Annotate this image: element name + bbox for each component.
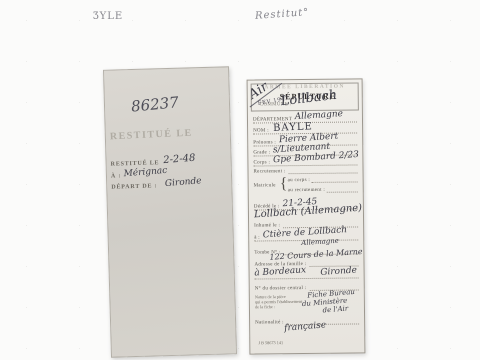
corps-row: Corps : Gpe Bombard 2/23	[253, 154, 357, 166]
adresse-ville: à Bordeaux	[254, 265, 306, 278]
au-corps-label: au corps :	[288, 178, 311, 183]
blank-line	[289, 166, 358, 174]
left-card: 86237 RESTITUÉ LE RESTITUÉ LE 2-2-48 À :…	[103, 66, 237, 357]
matricule-block: Matricule { au corps : au recrutement :	[254, 175, 358, 196]
departement-value: Allemagne	[295, 109, 344, 122]
ghost-restitue-stamp: RESTITUÉ LE	[110, 128, 193, 143]
nature-label-3: de la fiche :	[255, 304, 304, 309]
matricule-brace: {	[280, 175, 288, 193]
nature-label-block: Nature de la pièce qui a permis l'établi…	[255, 294, 307, 310]
restitue-date: 2-2-48	[162, 153, 195, 167]
inhume-pays: Allemagne	[301, 237, 339, 247]
corps-label: Corps :	[253, 160, 270, 165]
adresse-ville-row: à Bordeaux Gironde	[255, 267, 359, 279]
depart-value: Gironde	[165, 176, 202, 189]
recrutement-label: Recrutement :	[254, 169, 286, 174]
au-recrutement-label: au recrutement :	[288, 188, 325, 193]
dossier-label: N° du dossier central :	[255, 286, 307, 292]
recrutement-row: Recrutement :	[253, 166, 357, 174]
pencil-annotation-name: ƷYLE	[93, 11, 123, 22]
nationalite-label: Nationalité :	[255, 320, 284, 325]
blank-line	[327, 185, 358, 192]
blank-line	[312, 175, 358, 182]
form-imprint: J B 58673 141	[258, 340, 283, 345]
inhume-a-label: à :	[254, 235, 260, 240]
restitue-a-label: À :	[111, 173, 121, 179]
nom-value: BAYLE	[273, 121, 313, 134]
nom-label: NOM :	[253, 128, 269, 133]
right-card: ARMÉE LIBÉRATION SÉPULTURE COMMUNE : Air…	[247, 78, 366, 354]
restitution-stamp-block: RESTITUÉ LE 2-2-48 À : Mérignac DÉPART D…	[110, 153, 227, 190]
pencil-annotation-restitut: Restitut°	[255, 7, 310, 22]
scanned-page: ƷYLE Restitut° 86237 RESTITUÉ LE RESTITU…	[0, 0, 480, 360]
nationalite-value: française	[284, 320, 327, 333]
case-number: 86237	[130, 93, 179, 116]
inhume-label: Inhumé le :	[254, 223, 280, 228]
adresse-dept: Gironde	[320, 266, 357, 278]
nature-value-block: Fiche Bureau du Ministère de l'Air	[307, 288, 356, 316]
nature-value-3: de l'Air	[322, 304, 356, 315]
depart-label: DÉPART DE :	[111, 183, 157, 190]
restitue-a-value: Mérignac	[124, 166, 168, 179]
matricule-label: Matricule	[254, 183, 276, 188]
